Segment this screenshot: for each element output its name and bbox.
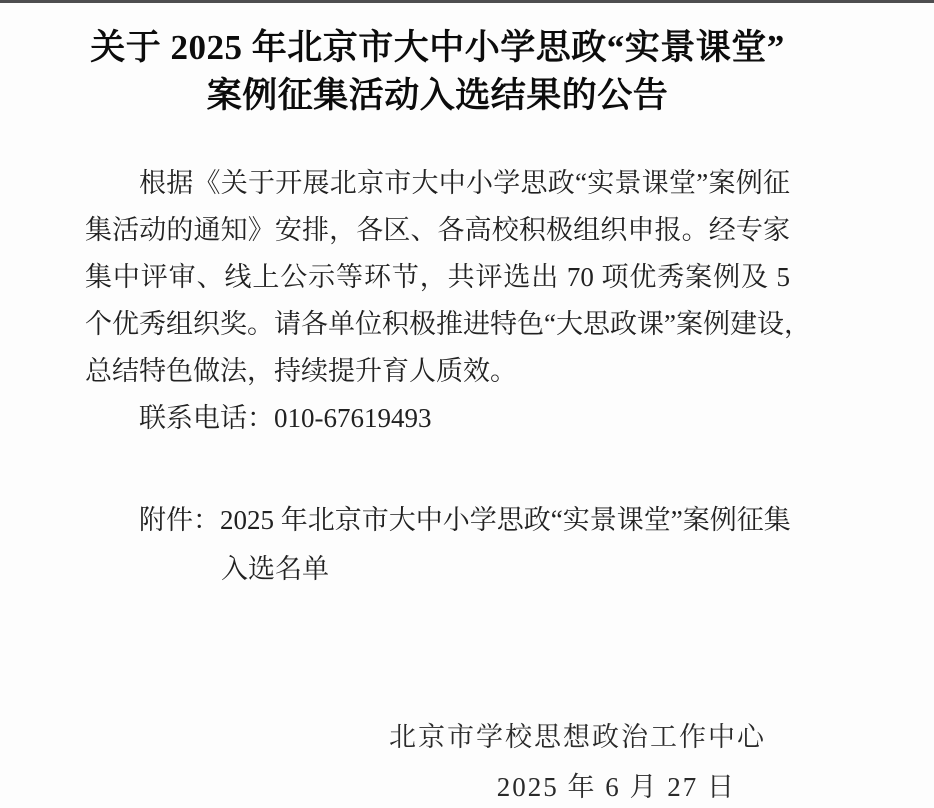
- attachment-block: 附件：2025 年北京市大中小学思政“实景课堂”案例征集 入选名单: [85, 496, 790, 594]
- attachment-line1: 附件：2025 年北京市大中小学思政“实景课堂”案例征集: [85, 496, 790, 545]
- body-line: 个优秀组织奖。请各单位积极推进特色“大思政课”案例建设，: [85, 301, 790, 348]
- document-content: 关于 2025 年北京市大中小学思政“实景课堂” 案例征集活动入选结果的公告 根…: [85, 24, 790, 808]
- signature-date: 2025 年 6 月 27 日: [85, 762, 790, 808]
- document-title-line2: 案例征集活动入选结果的公告: [85, 72, 790, 120]
- contact-phone-line: 联系电话：010-67619493: [85, 395, 790, 442]
- scan-top-edge: [0, 0, 934, 3]
- body-line: 集中评审、线上公示等环节，共评选出 70 项优秀案例及 5: [85, 254, 790, 301]
- body-line: 集活动的通知》安排，各区、各高校积极组织申报。经专家: [85, 207, 790, 254]
- body-line: 根据《关于开展北京市大中小学思政“实景课堂”案例征: [85, 160, 790, 207]
- body-line: 总结特色做法，持续提升育人质效。: [85, 348, 790, 395]
- attachment-line2: 入选名单: [85, 545, 790, 594]
- signature-organization: 北京市学校思想政治工作中心: [85, 712, 790, 762]
- signature-block: 北京市学校思想政治工作中心 2025 年 6 月 27 日: [85, 712, 790, 808]
- document-title: 关于 2025 年北京市大中小学思政“实景课堂” 案例征集活动入选结果的公告: [85, 24, 790, 120]
- announcement-document: 关于 2025 年北京市大中小学思政“实景课堂” 案例征集活动入选结果的公告 根…: [0, 0, 934, 808]
- document-title-line1: 关于 2025 年北京市大中小学思政“实景课堂”: [85, 24, 790, 72]
- body-paragraph: 根据《关于开展北京市大中小学思政“实景课堂”案例征 集活动的通知》安排，各区、各…: [85, 160, 790, 442]
